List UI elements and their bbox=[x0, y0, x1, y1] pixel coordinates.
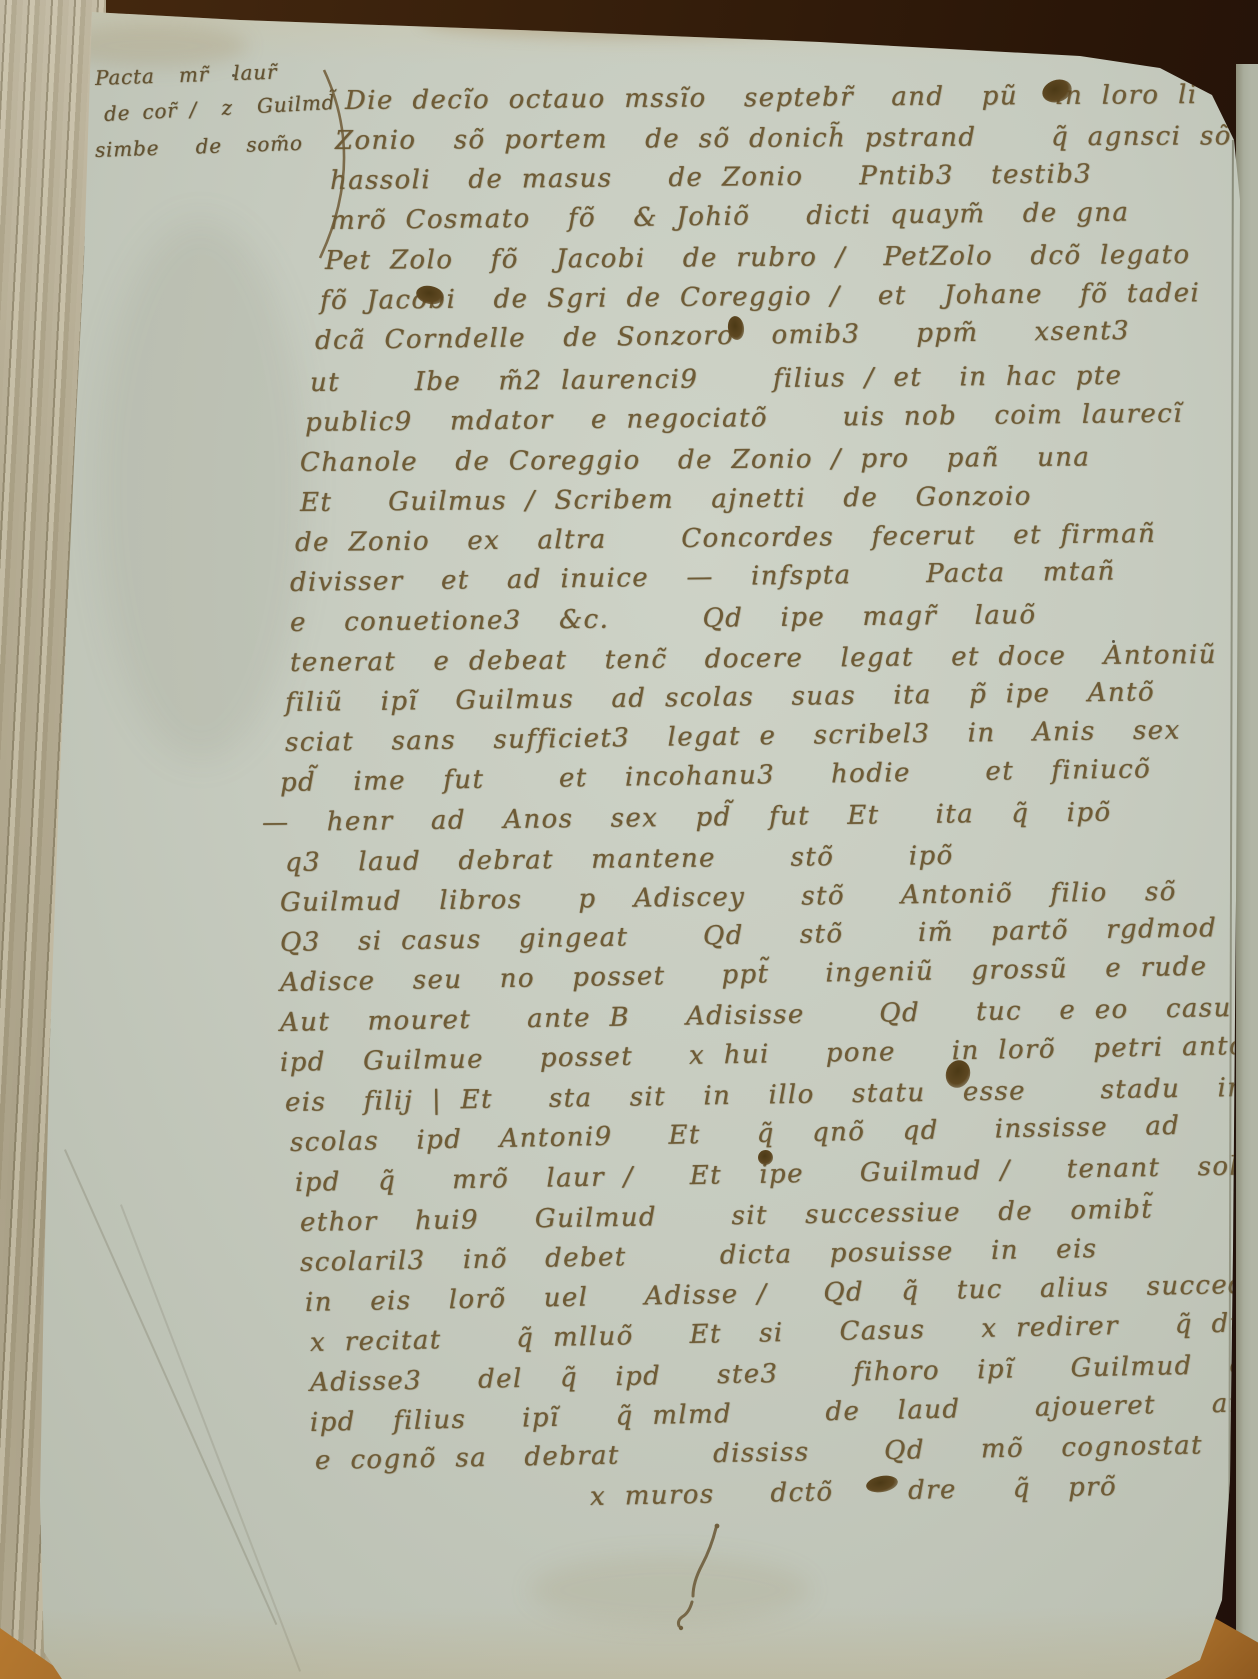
handwriting-line: x recitat q̃ mlluõ Et si Casus x redirer… bbox=[310, 1308, 1258, 1358]
handwriting-line: filiũ ipĩ Guilmus ad scolas suas ita p̃ … bbox=[285, 677, 1155, 718]
handwriting-line: e conuetione3 &c. Qd ipe magr̃ lauõ bbox=[290, 600, 1037, 638]
handwriting-line: Guilmud libros p Adiscey stõ Antoniõ fil… bbox=[280, 877, 1177, 918]
handwriting-line: dcã Corndelle de Sonzoro omib3 ppm̃ xsen… bbox=[315, 316, 1130, 356]
handwriting-line: ut Ibe m̃2 laurenci9 filius / et in hac … bbox=[310, 361, 1123, 398]
handwriting-line: Aut mouret ante B Adisisse Qd tuc e eo c… bbox=[280, 993, 1232, 1038]
handwriting-line: ipd q̃ mrõ laur / Et ipe Guilmud / tenan… bbox=[295, 1151, 1258, 1198]
handwriting-line: de Zonio ex altra Concordes fecerut et f… bbox=[295, 519, 1156, 558]
handwriting-line: Chanole de Coreggio de Zonio / pro pañ u… bbox=[300, 442, 1090, 478]
margin-note-line: de cor̃ / z Guilmd̃ bbox=[103, 90, 335, 126]
handwriting-line: Et Guilmus / Scribem ajnetti de Gonzoio bbox=[300, 482, 1032, 518]
handwriting-line: public9 mdator e negociatõ uis nob coim … bbox=[305, 399, 1183, 438]
ink-blot bbox=[758, 1150, 773, 1165]
paper-speck bbox=[762, 16, 765, 19]
handwriting-line: e cognõ sa debrat dississ Qd mõ cognosta… bbox=[315, 1431, 1203, 1476]
handwriting-line: divisser et ad inuice — infspta Pacta mt… bbox=[290, 556, 1116, 598]
handwriting-line: hassoli de masus de Zonio Pntib3 testib3 bbox=[330, 159, 1092, 196]
handwriting-line: scolaril3 inõ debet dicta posuisse in ei… bbox=[300, 1234, 1098, 1278]
handwriting-line: sciat sans sufficiet3 legat e scribel3 i… bbox=[285, 715, 1181, 758]
margin-note-line: simbe de som̃o bbox=[95, 131, 304, 162]
handwriting-line: — henr ad Anos sex pd̃ fut Et ita q̃ ipõ bbox=[262, 798, 1112, 838]
handwriting-line: eis filij | Et sta sit in illo statu ess… bbox=[285, 1073, 1246, 1118]
handwriting-line: tenerat e debeat tenc̃ docere legat et d… bbox=[290, 640, 1217, 678]
handwriting-line: Zonio sõ portem de sõ donich̃ pstrand q̃… bbox=[335, 121, 1232, 156]
paper-stain bbox=[96, 220, 306, 760]
handwriting-line: ethor hui9 Guilmud sit successiue de omi… bbox=[300, 1195, 1154, 1238]
handwriting-line: fõ Jacobi de Sgri de Coreggio / et Johan… bbox=[320, 278, 1200, 316]
pen-flourish-icon bbox=[668, 1520, 758, 1635]
margin-note-line: Pacta mr̃ laur̃ bbox=[95, 60, 278, 90]
handwriting-line: Q3 si casus gingeat Qd stõ im̃ partõ rgd… bbox=[280, 913, 1218, 958]
paper-stain bbox=[420, 4, 850, 38]
handwriting-line: scolas ipd Antoni9 Et q̃ qnõ qd inssisse… bbox=[290, 1111, 1181, 1158]
handwriting-line: ipd Guilmue posset x hui pone in lorõ pe… bbox=[280, 1031, 1258, 1078]
handwriting-line: Pet Zolo fõ Jacobi de rubro / PetZolo dc… bbox=[325, 240, 1191, 276]
handwriting-line: pd̃ ime fut et incohanu3 hodie et finiuc… bbox=[280, 754, 1152, 798]
manuscript-photo: Pacta mr̃ laur̃ de cor̃ / z Guilmd̃ simb… bbox=[0, 0, 1258, 1679]
handwriting-line: mrõ Cosmato fõ & Johiõ dicti quaym̃ de g… bbox=[330, 198, 1130, 236]
fold-line bbox=[120, 1204, 301, 1672]
fold-line bbox=[64, 1149, 277, 1625]
handwriting-line: x muros dctõ dre q̃ prõ bbox=[590, 1472, 1118, 1512]
manuscript-page: Pacta mr̃ laur̃ de cor̃ / z Guilmd̃ simb… bbox=[0, 0, 1258, 1679]
handwriting-line: q3 laud debrat mantene stõ ipõ bbox=[285, 841, 954, 878]
handwriting-line: Adisce seu no posset ppt̃ ingeniũ grossũ… bbox=[280, 952, 1208, 998]
